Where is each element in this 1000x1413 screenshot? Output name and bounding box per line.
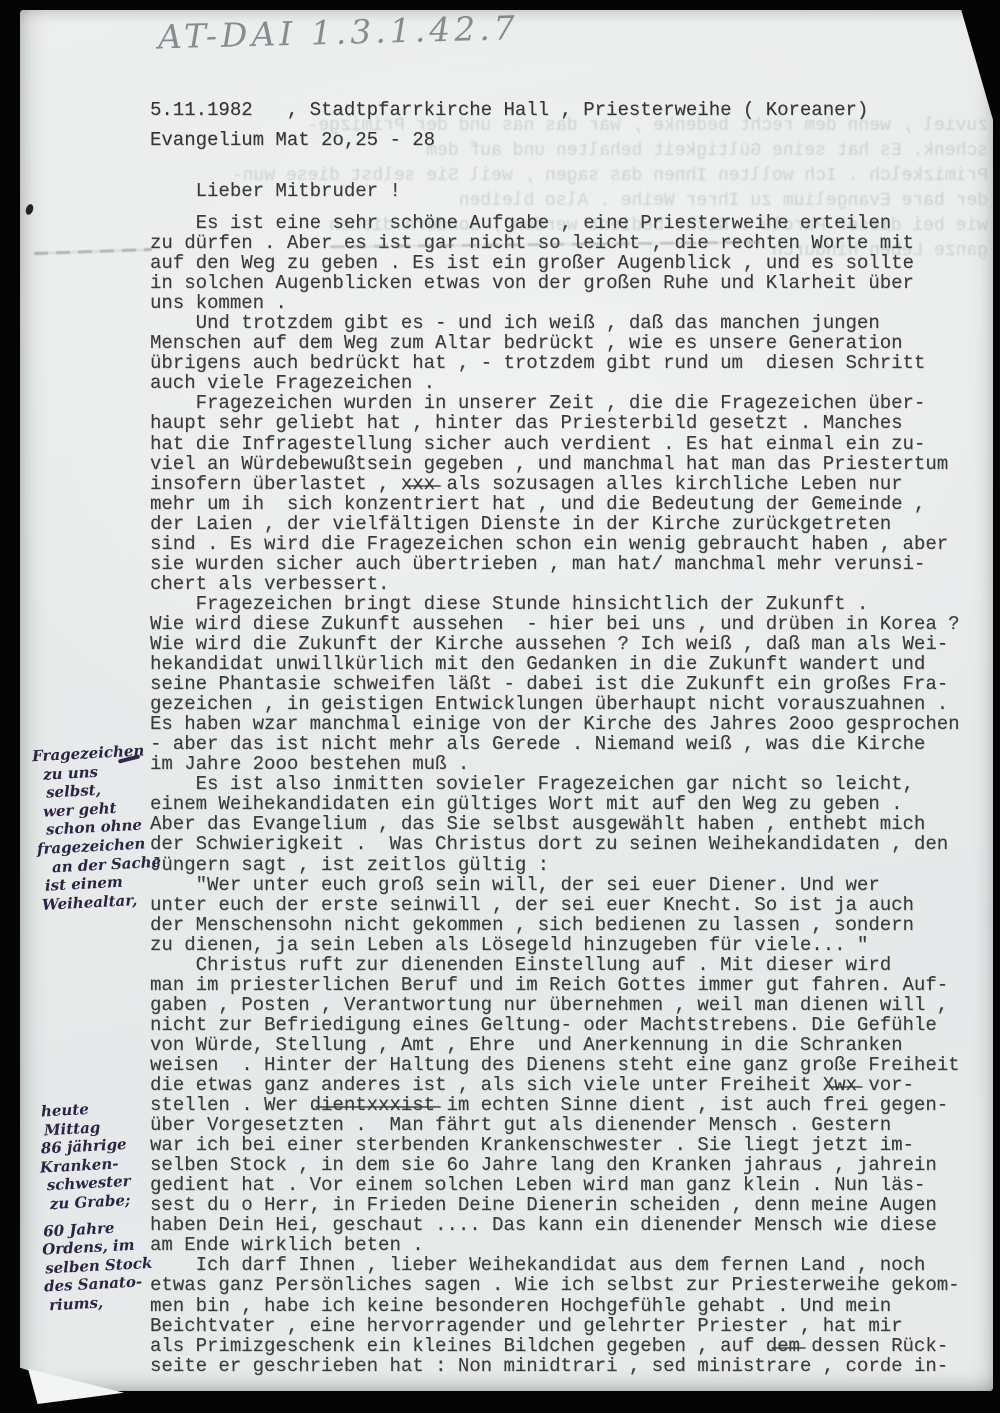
scanned-page: zuviel , wenn dem recht bedenke , war da… bbox=[0, 0, 1000, 1413]
margin-note-line: zu Grabe; bbox=[49, 1190, 149, 1214]
margin-note-upper: Fragezeichen zu uns selbst, wer geht sch… bbox=[30, 741, 164, 915]
letter-body-text: Es ist eine sehr schöne Aufgabe , eine P… bbox=[150, 213, 960, 1376]
margin-note-lower: heute Mittag 86 jährige Kranken- schwest… bbox=[27, 1097, 155, 1315]
typed-header: 5.11.1982 , Stadtpfarrkirche Hall , Prie… bbox=[150, 95, 868, 155]
salutation: Lieber Mitbruder ! bbox=[150, 180, 401, 202]
